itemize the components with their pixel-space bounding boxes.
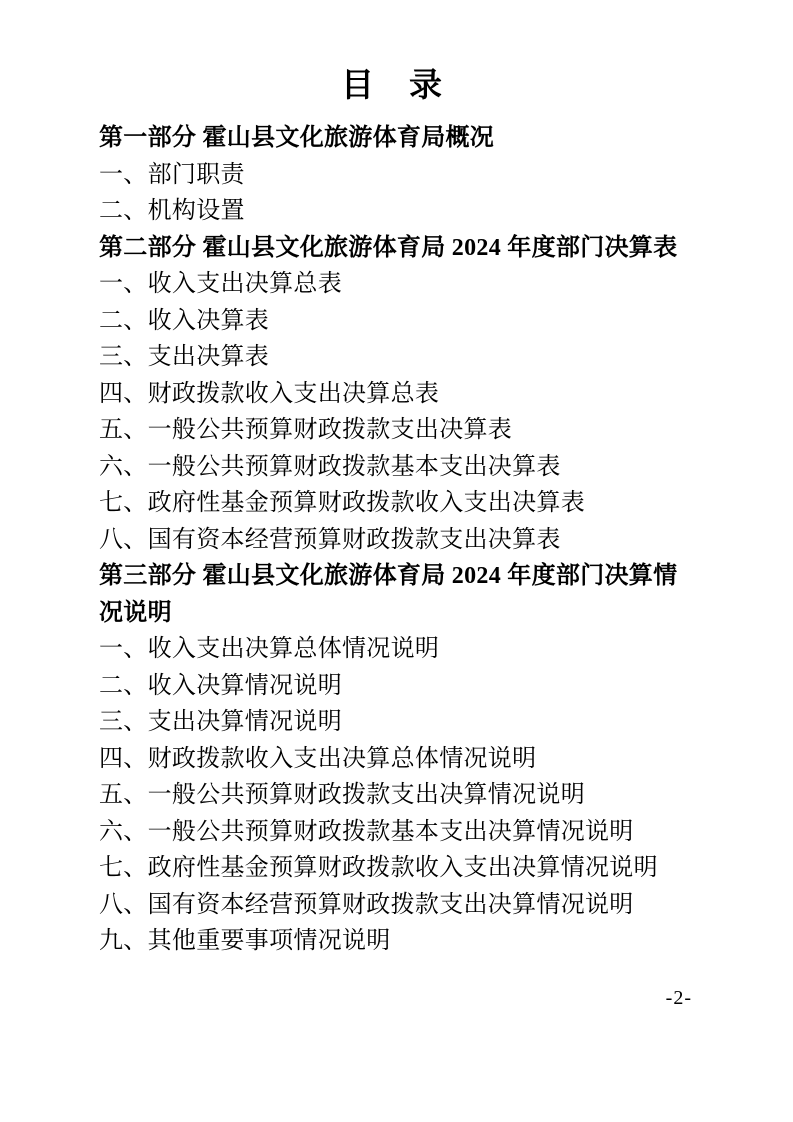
toc-item: 七、政府性基金预算财政拨款收入支出决算情况说明 — [99, 850, 685, 887]
toc-item: 八、国有资本经营预算财政拨款支出决算表 — [99, 522, 685, 559]
toc-item: 三、支出决算情况说明 — [99, 704, 685, 741]
toc-item: 三、支出决算表 — [99, 339, 685, 376]
toc-item: 八、国有资本经营预算财政拨款支出决算情况说明 — [99, 887, 685, 924]
toc-item: 二、收入决算情况说明 — [99, 668, 685, 705]
toc-item: 五、一般公共预算财政拨款支出决算情况说明 — [99, 777, 685, 814]
page-number: -2- — [666, 986, 692, 1010]
document-page: 目 录 第一部分 霍山县文化旅游体育局概况 一、部门职责 二、机构设置 第二部分… — [0, 0, 793, 1122]
toc-item: 一、收入支出决算总表 — [99, 266, 685, 303]
toc-item: 九、其他重要事项情况说明 — [99, 923, 685, 960]
toc-section-heading-3: 第三部分 霍山县文化旅游体育局 2024 年度部门决算情况说明 — [99, 558, 685, 631]
toc-item: 一、收入支出决算总体情况说明 — [99, 631, 685, 668]
toc-item: 二、机构设置 — [99, 193, 685, 230]
page-title: 目 录 — [99, 62, 685, 110]
toc-item: 五、一般公共预算财政拨款支出决算表 — [99, 412, 685, 449]
toc-item: 一、部门职责 — [99, 157, 685, 194]
toc-section-heading-2: 第二部分 霍山县文化旅游体育局 2024 年度部门决算表 — [99, 230, 685, 267]
toc-item: 四、财政拨款收入支出决算总体情况说明 — [99, 741, 685, 778]
toc-section-heading-1: 第一部分 霍山县文化旅游体育局概况 — [99, 120, 685, 157]
toc-item: 六、一般公共预算财政拨款基本支出决算情况说明 — [99, 814, 685, 851]
toc-item: 二、收入决算表 — [99, 303, 685, 340]
toc-item: 七、政府性基金预算财政拨款收入支出决算表 — [99, 485, 685, 522]
toc-item: 四、财政拨款收入支出决算总表 — [99, 376, 685, 413]
toc-item: 六、一般公共预算财政拨款基本支出决算表 — [99, 449, 685, 486]
toc-content: 目 录 第一部分 霍山县文化旅游体育局概况 一、部门职责 二、机构设置 第二部分… — [99, 62, 685, 960]
